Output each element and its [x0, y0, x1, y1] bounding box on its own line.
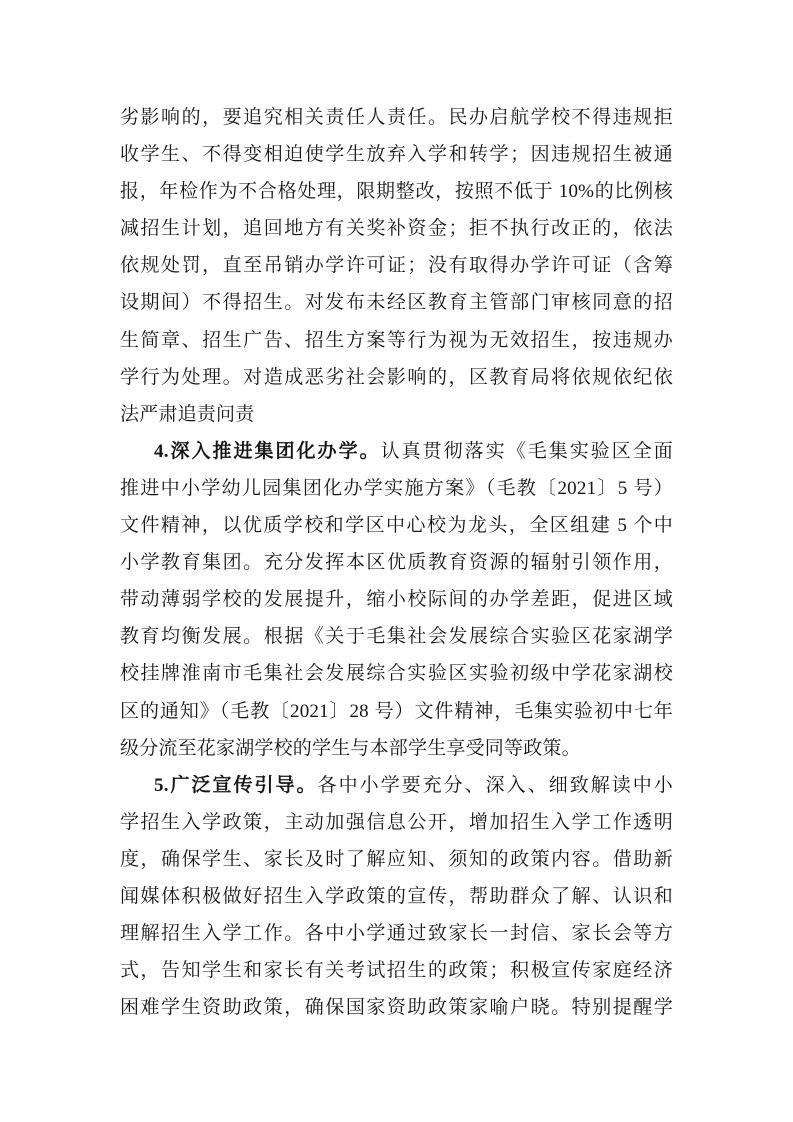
text-line: 理解招生入学工作。各中小学通过致家长一封信、家长会等方: [120, 915, 673, 952]
text-line: 度，确保学生、家长及时了解应知、须知的政策内容。借助新: [120, 841, 673, 878]
text-line: 闻媒体积极做好招生入学政策的宣传，帮助群众了解、认识和: [120, 878, 673, 915]
paragraph-item-5: 5.广泛宣传引导。各中小学要充分、深入、细致解读中小 学招生入学政策，主动加强信…: [120, 767, 673, 1027]
text-line: 依规处罚，直至吊销办学许可证；没有取得办学许可证（含筹: [120, 247, 673, 284]
text-line: 教育均衡发展。根据《关于毛集社会发展综合实验区花家湖学: [120, 618, 673, 655]
heading-line-rest: 认真贯彻落实《毛集实验区全面: [381, 441, 673, 462]
text-line: 文件精神，以优质学校和学区中心校为龙头，全区组建 5 个中: [120, 507, 673, 544]
text-line: 报，年检作为不合格处理，限期整改，按照不低于 10%的比例核: [120, 173, 673, 210]
text-line: 设期间）不得招生。对发布未经区教育主管部门审核同意的招: [120, 284, 673, 321]
text-line: 生简章、招生广告、招生方案等行为视为无效招生，按违规办: [120, 322, 673, 359]
text-line: 困难学生资助政策，确保国家资助政策家喻户晓。特别提醒学: [120, 989, 673, 1026]
text-line: 学招生入学政策，主动加强信息公开，增加招生入学工作透明: [120, 804, 673, 841]
paragraph-item-4: 4.深入推进集团化办学。认真贯彻落实《毛集实验区全面 推进中小学幼儿园集团化办学…: [120, 433, 673, 767]
heading-line-rest: 各中小学要充分、深入、细致解读中小: [318, 775, 673, 796]
document-page: 劣影响的，要追究相关责任人责任。民办启航学校不得违规拒 收学生、不得变相迫使学生…: [0, 0, 793, 1122]
text-line: 级分流至花家湖学校的学生与本部学生享受同等政策。: [120, 730, 673, 767]
text-line: 小学教育集团。充分发挥本区优质教育资源的辐射引领作用，: [120, 544, 673, 581]
text-line: 区的通知》（毛教〔2021〕28 号）文件精神，毛集实验初中七年: [120, 693, 673, 730]
text-line: 收学生、不得变相迫使学生放弃入学和转学；因违规招生被通: [120, 136, 673, 173]
text-line: 推进中小学幼儿园集团化办学实施方案》（毛教〔2021〕5 号）: [120, 470, 673, 507]
paragraph-heading-5: 5.广泛宣传引导。: [154, 775, 318, 796]
text-line: 法严肃追责问责: [120, 396, 673, 433]
paragraph-continuation: 劣影响的，要追究相关责任人责任。民办启航学校不得违规拒 收学生、不得变相迫使学生…: [120, 99, 673, 433]
text-line: 式，告知学生和家长有关考试招生的政策；积极宣传家庭经济: [120, 952, 673, 989]
text-line: 劣影响的，要追究相关责任人责任。民办启航学校不得违规拒: [120, 99, 673, 136]
text-line: 减招生计划，追回地方有关奖补资金；拒不执行改正的，依法: [120, 210, 673, 247]
text-line: 5.广泛宣传引导。各中小学要充分、深入、细致解读中小: [120, 767, 673, 804]
text-line: 4.深入推进集团化办学。认真贯彻落实《毛集实验区全面: [120, 433, 673, 470]
text-line: 带动薄弱学校的发展提升，缩小校际间的办学差距，促进区域: [120, 581, 673, 618]
text-line: 校挂牌淮南市毛集社会发展综合实验区实验初级中学花家湖校: [120, 655, 673, 692]
text-line: 学行为处理。对造成恶劣社会影响的，区教育局将依规依纪依: [120, 359, 673, 396]
paragraph-heading-4: 4.深入推进集团化办学。: [154, 441, 381, 462]
